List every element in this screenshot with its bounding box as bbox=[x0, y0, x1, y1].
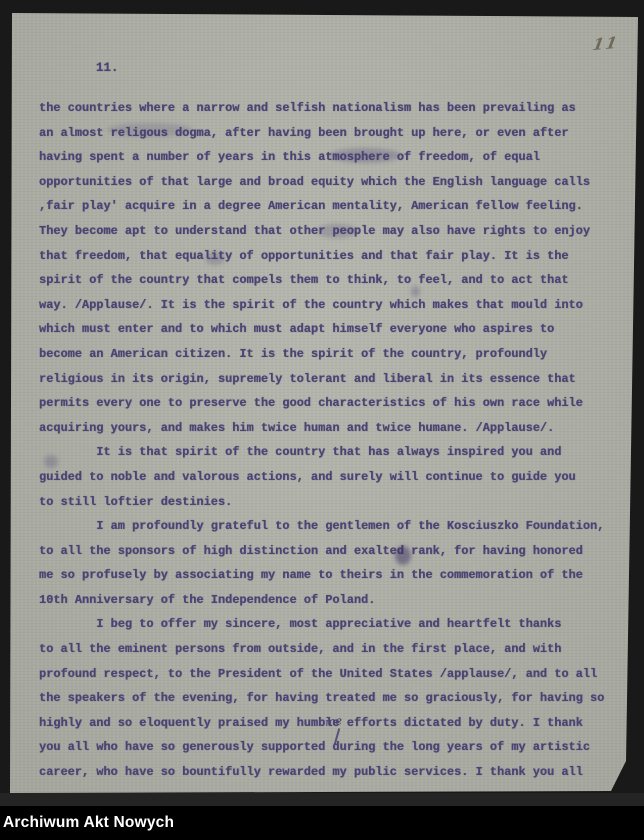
typed-line: acquiring yours, and makes him twice hum… bbox=[39, 416, 624, 441]
typed-line: religious in its origin, supremely toler… bbox=[39, 367, 624, 392]
typed-line: the speakers of the evening, for having … bbox=[39, 686, 624, 711]
typed-line: career, who have so bountifully rewarded… bbox=[39, 760, 624, 785]
typed-line: you all who have so generously supported… bbox=[39, 735, 624, 760]
typed-line: me so profusely by associating my name t… bbox=[39, 563, 624, 588]
typed-line: to all the sponsors of high distinction … bbox=[39, 539, 624, 564]
typed-line: They become apt to understand that other… bbox=[39, 219, 624, 244]
typed-line: permits every one to preserve the good c… bbox=[39, 391, 624, 416]
typed-line: It is that spirit of the country that ha… bbox=[39, 440, 624, 465]
typed-line: having spent a number of years in this a… bbox=[39, 145, 624, 170]
typed-line: which must enter and to which must adapt… bbox=[39, 317, 624, 342]
typed-line: opportunities of that large and broad eq… bbox=[39, 170, 624, 195]
typed-line: to all the eminent persons from outside,… bbox=[39, 637, 624, 662]
typed-line: way. /Applause/. It is the spirit of the… bbox=[39, 293, 624, 318]
typed-text-block: the countries where a narrow and selfish… bbox=[39, 96, 624, 785]
scanner-bed-strip bbox=[0, 793, 644, 806]
typed-line: I beg to offer my sincere, most apprecia… bbox=[39, 612, 624, 637]
scan-background: 11. the countries where a narrow and sel… bbox=[0, 0, 644, 840]
typed-line: the countries where a narrow and selfish… bbox=[39, 96, 624, 121]
typed-line: guided to noble and valorous actions, an… bbox=[39, 465, 624, 490]
typed-line: profound respect, to the President of th… bbox=[39, 662, 624, 687]
typed-line: to still loftier destinies. bbox=[39, 490, 624, 515]
archive-watermark-text: Archiwum Akt Nowych bbox=[0, 814, 174, 832]
handwritten-insertion-me: me bbox=[324, 714, 342, 729]
typed-line: that freedom, that equality of opportuni… bbox=[39, 244, 624, 269]
typed-line: ,fair play' acquire in a degree American… bbox=[39, 194, 624, 219]
typed-line: spirit of the country that compels them … bbox=[39, 268, 624, 293]
typed-line: an almost religous dogma, after having b… bbox=[39, 121, 624, 146]
handwritten-page-number: 11 bbox=[591, 33, 620, 54]
typed-line: become an American citizen. It is the sp… bbox=[39, 342, 624, 367]
typed-line: 10th Anniversary of the Independence of … bbox=[39, 588, 624, 613]
typed-page-number: 11. bbox=[96, 61, 119, 75]
archive-watermark-bar: Archiwum Akt Nowych bbox=[0, 806, 644, 840]
paper-sheet: 11. the countries where a narrow and sel… bbox=[9, 12, 641, 795]
typed-line: I am profoundly grateful to the gentleme… bbox=[39, 514, 624, 539]
